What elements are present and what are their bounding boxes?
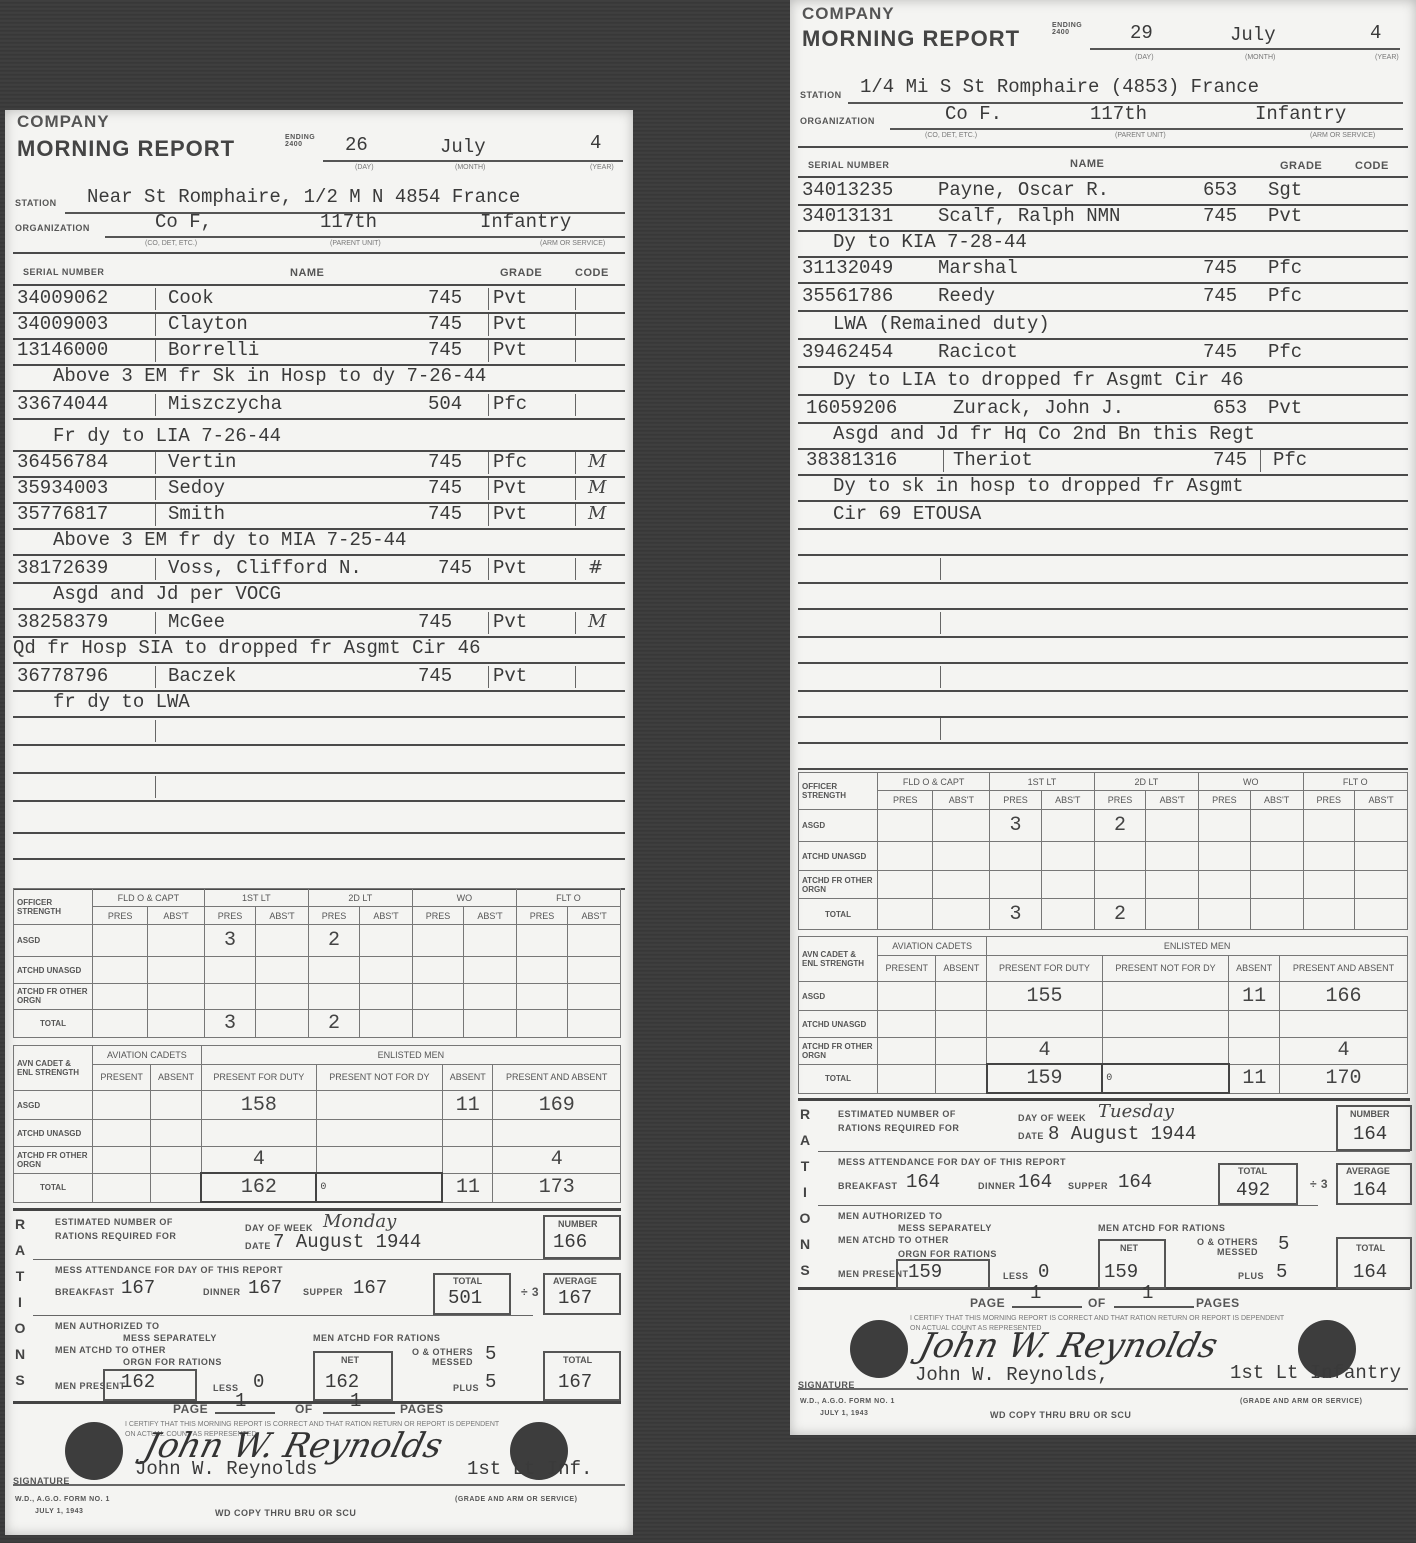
men-atchd-other-label: MEN ATCHD TO OTHER — [838, 1235, 949, 1245]
org-parent: 117th — [320, 211, 377, 233]
men-atchd-rations-label: MEN ATCHD FOR RATIONS — [1098, 1223, 1225, 1233]
group-flt-o: FLT O — [516, 889, 620, 907]
est-rations-label: RATIONS REQUIRED FOR — [838, 1123, 959, 1133]
cell: 2 — [308, 925, 359, 957]
cell: 3 — [990, 809, 1042, 842]
breakfast-label: BREAKFAST — [55, 1287, 115, 1297]
org-arm: Infantry — [1255, 103, 1346, 125]
abst-header: ABS'T — [256, 907, 309, 925]
rations-letter: N — [13, 1341, 27, 1367]
mess-total-value: 501 — [448, 1287, 482, 1309]
breakfast-value: 167 — [121, 1277, 155, 1299]
mess-attendance-label: MESS ATTENDANCE FOR DAY OF THIS REPORT — [838, 1157, 1066, 1167]
day-of-week-label: DAY OF WEEK — [1018, 1113, 1086, 1123]
average-value: 164 — [1353, 1179, 1387, 1201]
plus-label: PLUS — [453, 1383, 479, 1393]
page-number: 1 — [1030, 1282, 1041, 1304]
rations-section: R A T I O N S ESTIMATED NUMBER OF RATION… — [13, 1208, 621, 1404]
note-text: Dy to sk in hosp to dropped fr Asgmt — [833, 475, 1243, 497]
grade: Pvt — [493, 665, 527, 687]
roster-row: 38381316Theriot745Pfc — [798, 448, 1408, 476]
men-atchd-other-label: ORGN FOR RATIONS — [123, 1357, 222, 1367]
cell — [360, 1009, 413, 1037]
average-value: 167 — [558, 1287, 592, 1309]
serial-number: 34013131 — [802, 205, 893, 227]
serial-number: 38258379 — [17, 611, 108, 633]
col-name: NAME — [290, 267, 324, 279]
cell — [148, 925, 205, 957]
enlisted-strength-table: AVN CADET & ENL STRENGTH AVIATION CADETS… — [798, 936, 1408, 1094]
soldier-name: Zurack, John J. — [953, 397, 1124, 419]
row-total-label: TOTAL — [799, 1064, 878, 1093]
cell — [148, 1009, 205, 1037]
serial-number: 34013235 — [802, 179, 893, 201]
grade: Pfc — [1273, 449, 1307, 471]
row-total-label: TOTAL — [14, 1009, 93, 1037]
cell: 2 — [308, 1009, 359, 1037]
rations-letter: A — [798, 1127, 812, 1153]
cell: 0 — [1102, 1064, 1229, 1093]
pages-label: PAGES — [400, 1402, 444, 1416]
cell: 166 — [1280, 982, 1408, 1011]
col-serial-number: SERIAL NUMBER — [23, 267, 104, 277]
cell — [1041, 809, 1094, 842]
col-grade: GRADE — [500, 267, 542, 279]
morning-report-right: COMPANY MORNING REPORT ENDING 2400 29 Ju… — [790, 0, 1416, 1435]
number-label: NUMBER — [1350, 1109, 1390, 1119]
row-atchd-unasgd-label: ATCHD UNASGD — [14, 1120, 93, 1147]
cell — [1250, 809, 1303, 842]
less-label: LESS — [1003, 1271, 1029, 1281]
form-number: W.D., A.G.O. FORM NO. 1 — [800, 1398, 895, 1405]
less-value: 0 — [1038, 1261, 1049, 1283]
absent-header: ABSENT — [151, 1064, 202, 1091]
abst-header: ABS'T — [1041, 791, 1094, 809]
plus-value: 5 — [1276, 1261, 1287, 1283]
absent-header: ABSENT — [936, 955, 987, 982]
plus-label: PLUS — [1238, 1271, 1264, 1281]
cell — [1102, 1037, 1229, 1064]
cell: 158 — [201, 1091, 316, 1120]
group-fld-o-capt: FLD O & CAPT — [93, 889, 205, 907]
pres-header: PRES — [1094, 791, 1146, 809]
cell: 4 — [1280, 1037, 1408, 1064]
cell — [568, 925, 621, 957]
org-sub-caption: (CO, DET, ETC.) — [145, 240, 197, 247]
spec-number: 745 — [1213, 449, 1247, 471]
mess-total-value: 492 — [1236, 1179, 1270, 1201]
page-number: 1 — [235, 1390, 246, 1412]
net-label: NET — [341, 1355, 359, 1365]
roster-note: Asgd and Jd fr Hq Co 2nd Bn this Regt — [798, 422, 1408, 450]
col-name: NAME — [1070, 158, 1104, 170]
roster-empty-row — [13, 806, 625, 834]
cell — [256, 1009, 309, 1037]
col-serial-number: SERIAL NUMBER — [808, 160, 889, 170]
others-messed-label: O & OTHERS MESSED — [1178, 1237, 1258, 1257]
ending-day: 26 — [345, 134, 368, 156]
form-title-morning-report: MORNING REPORT — [17, 136, 235, 162]
pres-header: PRES — [1303, 791, 1355, 809]
grade: Pfc — [493, 451, 527, 473]
spec-number: 745 — [418, 665, 452, 687]
rations-letter: O — [13, 1315, 27, 1341]
soldier-name: Racicot — [938, 341, 1018, 363]
cell — [1355, 899, 1408, 930]
rations-side-label: R A T I O N S — [13, 1211, 27, 1401]
signature: John W. Reynolds — [915, 1326, 1222, 1366]
org-sub-caption: (PARENT UNIT) — [1115, 132, 1166, 139]
grade: Pfc — [1268, 257, 1302, 279]
present-for-duty-header: PRESENT FOR DUTY — [987, 955, 1103, 982]
form-date: JULY 1, 1943 — [820, 1410, 868, 1417]
note-text: LWA (Remained duty) — [833, 313, 1050, 335]
roster-row: 31132049Marshal745Pfc — [798, 256, 1408, 284]
serial-number: 38172639 — [17, 557, 108, 579]
cell: 11 — [1229, 1064, 1280, 1093]
ending-month: July — [1230, 24, 1276, 46]
cell — [360, 925, 413, 957]
roster-row: 38172639Voss, Clifford N.745Pvt# — [13, 556, 625, 584]
roster-row: 34013235Payne, Oscar R.653Sgt — [798, 178, 1408, 206]
cell — [1229, 1037, 1280, 1064]
group-wo: WO — [412, 889, 516, 907]
cell — [1199, 809, 1251, 842]
cadet-strength-label: AVN CADET & ENL STRENGTH — [14, 1046, 93, 1091]
roster-row: 34013131Scalf, Ralph NMN745Pvt — [798, 204, 1408, 232]
grade: Pvt — [493, 557, 527, 579]
note-text: Asgd and Jd per VOCG — [53, 583, 281, 605]
spec-number: 745 — [1203, 341, 1237, 363]
aviation-cadets-header: AVIATION CADETS — [878, 937, 987, 956]
grand-total-value: 164 — [1353, 1261, 1387, 1283]
group-flt-o: FLT O — [1303, 773, 1408, 791]
pres-header: PRES — [878, 791, 933, 809]
cell: 2 — [1094, 899, 1146, 930]
roster-note: Above 3 EM fr Sk in Hosp to dy 7-26-44 — [13, 364, 625, 392]
page-label: PAGE — [970, 1296, 1005, 1310]
rations-letter: T — [798, 1153, 812, 1179]
serial-number: 35934003 — [17, 477, 108, 499]
roster-row: 36456784Vertin745PfcM — [13, 450, 625, 478]
spec-number: 653 — [1213, 397, 1247, 419]
form-title-company: COMPANY — [17, 112, 110, 132]
rations-letter: S — [798, 1257, 812, 1283]
roster-empty-row — [798, 556, 1408, 584]
ending-label: ENDING 2400 — [285, 134, 325, 148]
cell: 0 — [316, 1173, 442, 1202]
row-asgd-label: ASGD — [14, 1091, 93, 1120]
serial-number: 33674044 — [17, 393, 108, 415]
serial-number: 36778796 — [17, 665, 108, 687]
roster-note: Fr dy to LIA 7-26-44 — [13, 424, 625, 452]
cell — [568, 1009, 621, 1037]
supper-label: SUPPER — [303, 1287, 343, 1297]
cell — [1146, 809, 1199, 842]
pres-header: PRES — [308, 907, 359, 925]
pres-header: PRES — [93, 907, 148, 925]
spec-number: 745 — [1203, 257, 1237, 279]
ration-number-value: 164 — [1353, 1123, 1387, 1145]
row-atchd-other-label: ATCHD FR OTHER ORGN — [799, 1037, 878, 1064]
cell — [933, 899, 990, 930]
ration-date-value: 8 August 1944 — [1048, 1123, 1196, 1145]
serial-number: 13146000 — [17, 339, 108, 361]
code: # — [588, 557, 603, 578]
spec-number: 745 — [428, 477, 462, 499]
cell: 4 — [493, 1146, 621, 1173]
org-unit: Co F. — [945, 103, 1002, 125]
cell — [1303, 809, 1355, 842]
year-caption: (YEAR) — [1375, 54, 1399, 61]
est-rations-label: RATIONS REQUIRED FOR — [55, 1231, 176, 1241]
cell: 155 — [987, 982, 1103, 1011]
spec-number: 745 — [1203, 285, 1237, 307]
cell — [1250, 899, 1303, 930]
abst-header: ABS'T — [148, 907, 205, 925]
roster-empty-row — [798, 742, 1408, 770]
group-1st-lt: 1ST LT — [990, 773, 1094, 791]
roster-note: Above 3 EM fr dy to MIA 7-25-44 — [13, 528, 625, 556]
cell — [1041, 899, 1094, 930]
roster-note: fr dy to LWA — [13, 690, 625, 718]
soldier-name: Payne, Oscar R. — [938, 179, 1109, 201]
divide-symbol: ÷ 3 — [521, 1285, 539, 1299]
row-atchd-unasgd-label: ATCHD UNASGD — [14, 957, 93, 983]
group-2d-lt: 2D LT — [308, 889, 412, 907]
ration-date-value: 7 August 1944 — [273, 1231, 421, 1253]
cell: 3 — [204, 925, 255, 957]
ending-year: 4 — [1370, 22, 1381, 44]
cell: 170 — [1280, 1064, 1408, 1093]
row-atchd-other-label: ATCHD FR OTHER ORGN — [799, 870, 878, 899]
supper-label: SUPPER — [1068, 1181, 1108, 1191]
rations-letter: R — [798, 1101, 812, 1127]
rations-letter: T — [13, 1263, 27, 1289]
men-present-value: 162 — [121, 1371, 155, 1393]
roster-row: 35776817Smith745PvtM — [13, 502, 625, 530]
present-for-duty-header: PRESENT FOR DUTY — [201, 1064, 316, 1091]
signer-name: John W. Reynolds, — [915, 1364, 1109, 1386]
officer-strength-label: OFFICER STRENGTH — [14, 889, 93, 925]
grade-arm-caption: (GRADE AND ARM OR SERVICE) — [1240, 1398, 1362, 1405]
officer-strength-table: OFFICER STRENGTH FLD O & CAPT 1ST LT 2D … — [13, 888, 621, 1038]
signer-rank: 1st Lt Infantry — [1230, 1362, 1401, 1384]
officer-strength-table: OFFICER STRENGTH FLD O & CAPT 1ST LT 2D … — [798, 772, 1408, 930]
cell: 4 — [987, 1037, 1103, 1064]
group-wo: WO — [1199, 773, 1303, 791]
code: M — [588, 611, 606, 632]
cell: 2 — [1094, 809, 1146, 842]
page-label: PAGE — [173, 1402, 208, 1416]
dinner-label: DINNER — [203, 1287, 241, 1297]
roster-note: Asgd and Jd per VOCG — [13, 582, 625, 610]
cell — [1199, 899, 1251, 930]
ending-year: 4 — [590, 132, 601, 154]
soldier-name: Baczek — [168, 665, 236, 687]
roster-empty-row — [798, 664, 1408, 692]
note-text: Cir 69 ETOUSA — [833, 503, 981, 525]
breakfast-label: BREAKFAST — [838, 1181, 898, 1191]
serial-number: 39462454 — [802, 341, 893, 363]
roster-note: Dy to LIA to dropped fr Asgmt Cir 46 — [798, 368, 1408, 396]
signer-name: John W. Reynolds — [135, 1458, 317, 1480]
code: M — [588, 477, 606, 498]
day-of-week-value: Tuesday — [1098, 1101, 1174, 1122]
org-parent: 117th — [1090, 103, 1147, 125]
soldier-name: Clayton — [168, 313, 248, 335]
note-text: Fr dy to LIA 7-26-44 — [53, 425, 281, 447]
spec-number: 745 — [1203, 205, 1237, 227]
roster-row: 34009003Clayton745Pvt — [13, 312, 625, 340]
ration-number-value: 166 — [553, 1231, 587, 1253]
roster-row: 39462454Racicot745Pfc — [798, 340, 1408, 368]
net-value: 159 — [1104, 1261, 1138, 1283]
row-total-label: TOTAL — [799, 899, 878, 930]
wd-copy-label: WD COPY THRU BRU OR SCU — [990, 1410, 1131, 1420]
grade: Sgt — [1268, 179, 1302, 201]
soldier-name: Borrelli — [168, 339, 259, 361]
dinner-value: 164 — [1018, 1171, 1052, 1193]
roster-empty-row — [798, 582, 1408, 610]
roster-empty-row — [13, 718, 625, 746]
spec-number: 745 — [428, 503, 462, 525]
spec-number: 745 — [418, 611, 452, 633]
grade: Pfc — [1268, 341, 1302, 363]
ending-label: ENDING 2400 — [1052, 22, 1092, 36]
mess-attendance-label: MESS ATTENDANCE FOR DAY OF THIS REPORT — [55, 1265, 283, 1275]
col-code: CODE — [1355, 160, 1389, 172]
spec-number: 745 — [428, 313, 462, 335]
form-title-company: COMPANY — [802, 4, 895, 24]
cell — [412, 925, 463, 957]
officer-strength-label: OFFICER STRENGTH — [799, 773, 878, 810]
supper-value: 164 — [1118, 1171, 1152, 1193]
grand-total-label: TOTAL — [563, 1355, 592, 1365]
month-caption: (MONTH) — [1245, 54, 1275, 61]
grade-arm-caption: (GRADE AND ARM OR SERVICE) — [455, 1496, 577, 1503]
group-fld-o-capt: FLD O & CAPT — [878, 773, 990, 791]
cell — [464, 1009, 517, 1037]
grade: Pfc — [493, 393, 527, 415]
cell: 3 — [204, 1009, 255, 1037]
roster-row: 35934003Sedoy745PvtM — [13, 476, 625, 504]
cell — [516, 1009, 567, 1037]
note-text: Dy to KIA 7-28-44 — [833, 231, 1027, 253]
less-value: 0 — [253, 1371, 264, 1393]
of-label: OF — [295, 1402, 313, 1416]
grand-total-label: TOTAL — [1356, 1243, 1385, 1253]
station-value: 1/4 Mi S St Romphaire (4853) France — [860, 76, 1259, 98]
group-1st-lt: 1ST LT — [204, 889, 308, 907]
day-caption: (DAY) — [1135, 54, 1154, 61]
soldier-name: Scalf, Ralph NMN — [938, 205, 1120, 227]
org-sub-caption: (ARM OR SERVICE) — [540, 240, 605, 247]
aviation-cadets-header: AVIATION CADETS — [93, 1046, 202, 1065]
supper-value: 167 — [353, 1277, 387, 1299]
pres-header: PRES — [204, 907, 255, 925]
breakfast-value: 164 — [906, 1171, 940, 1193]
soldier-name: Voss, Clifford N. — [168, 557, 362, 579]
ending-day: 29 — [1130, 22, 1153, 44]
others-messed-label: O & OTHERS MESSED — [403, 1347, 473, 1367]
cell — [878, 899, 933, 930]
cell — [1102, 982, 1229, 1011]
row-asgd-label: ASGD — [799, 982, 878, 1011]
roster-row: 13146000Borrelli745Pvt — [13, 338, 625, 366]
average-label: AVERAGE — [1346, 1166, 1390, 1176]
ending-month: July — [440, 136, 486, 158]
abst-header: ABS'T — [568, 907, 621, 925]
enlisted-men-header: ENLISTED MEN — [201, 1046, 620, 1065]
spec-number: 504 — [428, 393, 462, 415]
soldier-name: Theriot — [953, 449, 1033, 471]
rations-letter: A — [13, 1237, 27, 1263]
code: M — [588, 451, 606, 472]
present-and-absent-header: PRESENT AND ABSENT — [493, 1064, 621, 1091]
date-label: DATE — [245, 1241, 271, 1251]
serial-number: 31132049 — [802, 257, 893, 279]
abst-header: ABS'T — [464, 907, 517, 925]
number-label: NUMBER — [558, 1219, 598, 1229]
page-total: 1 — [350, 1390, 361, 1412]
row-atchd-unasgd-label: ATCHD UNASGD — [799, 842, 878, 871]
day-of-week-value: Monday — [323, 1211, 396, 1232]
average-label: AVERAGE — [553, 1276, 597, 1286]
est-rations-label: ESTIMATED NUMBER OF — [55, 1217, 173, 1227]
morning-report-left: COMPANY MORNING REPORT ENDING 2400 26 Ju… — [5, 110, 633, 1535]
station-value: Near St Romphaire, 1/2 M N 4854 France — [87, 186, 520, 208]
year-caption: (YEAR) — [590, 164, 614, 171]
row-asgd-label: ASGD — [14, 925, 93, 957]
present-not-for-duty-header: PRESENT NOT FOR DY — [1102, 955, 1229, 982]
org-sub-caption: (CO, DET, ETC.) — [925, 132, 977, 139]
present-and-absent-header: PRESENT AND ABSENT — [1280, 955, 1408, 982]
pres-header: PRES — [412, 907, 463, 925]
present-not-for-duty-header: PRESENT NOT FOR DY — [316, 1064, 442, 1091]
cell — [316, 1146, 442, 1173]
cell: 11 — [1229, 982, 1280, 1011]
rations-letter: O — [798, 1205, 812, 1231]
spec-number: 745 — [428, 451, 462, 473]
roster-note: Qd fr Hosp SIA to dropped fr Asgmt Cir 4… — [13, 636, 625, 664]
spec-number: 653 — [1203, 179, 1237, 201]
roster-empty-row — [798, 636, 1408, 664]
plus-value: 5 — [485, 1371, 496, 1393]
absent-header: ABSENT — [1229, 955, 1280, 982]
cell: 159 — [987, 1064, 1103, 1093]
dinner-label: DINNER — [978, 1181, 1016, 1191]
form-date: JULY 1, 1943 — [35, 1508, 83, 1515]
of-label: OF — [1088, 1296, 1106, 1310]
cell: 11 — [442, 1091, 493, 1120]
note-text: fr dy to LWA — [53, 691, 190, 713]
absent-header: ABSENT — [442, 1064, 493, 1091]
spec-number: 745 — [428, 287, 462, 309]
roster-note: Dy to KIA 7-28-44 — [798, 230, 1408, 258]
cell: 173 — [493, 1173, 621, 1202]
men-authorized-label: MESS SEPARATELY — [123, 1333, 217, 1343]
abst-header: ABS'T — [1250, 791, 1303, 809]
roster-row: 34009062Cook745Pvt — [13, 286, 625, 314]
men-authorized-label: MEN AUTHORIZED TO — [838, 1211, 943, 1221]
soldier-name: Sedoy — [168, 477, 225, 499]
serial-number: 34009062 — [17, 287, 108, 309]
row-total-label: TOTAL — [14, 1173, 93, 1202]
est-rations-label: ESTIMATED NUMBER OF — [838, 1109, 956, 1119]
others-messed-value: 5 — [1278, 1233, 1289, 1255]
org-unit: Co F, — [155, 211, 212, 233]
